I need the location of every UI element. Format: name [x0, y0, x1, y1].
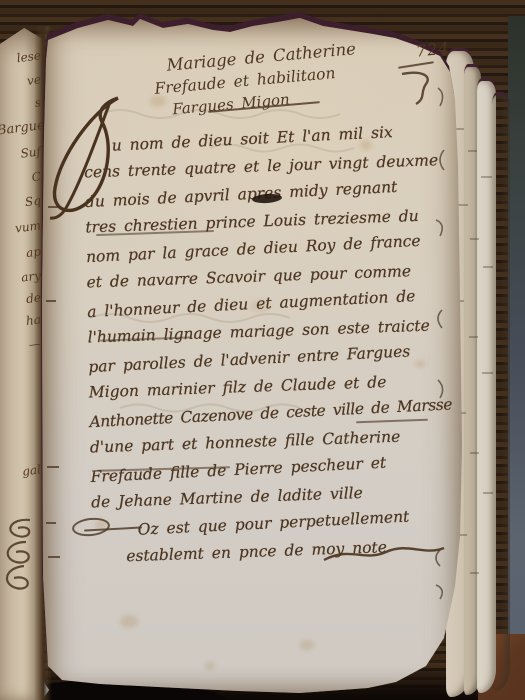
ink-bleed-mark [470, 238, 479, 240]
manuscript-line: cens trente quatre et le jour vingt deux… [84, 151, 456, 181]
margin-dash [46, 300, 56, 302]
manuscript-line: a l'honneur de dieu et augmentation de [87, 286, 459, 321]
ink-bleed-mark [483, 492, 493, 494]
ink-bleed-mark [469, 336, 478, 338]
page-edge-strip [492, 92, 510, 691]
manuscript-line: d'une part et honneste fille Catherine [90, 426, 462, 456]
stray-margin-marks [428, 80, 464, 620]
ink-bleed-mark [468, 150, 477, 152]
manuscript-photo: lese ve s Bargues Suf C Sq vum ap ary de… [0, 0, 525, 700]
foxing-spot [120, 615, 138, 628]
ink-bleed-mark [482, 372, 493, 374]
manuscript-line: Migon marinier filz de Claude et de [89, 371, 461, 401]
manuscript-line: l'humain lignage mariage son este traict… [87, 316, 459, 346]
manuscript-line: et de navarre Scavoir que pour comme [86, 261, 458, 291]
foxing-spot [205, 662, 215, 670]
ink-bleed-mark [483, 266, 493, 268]
manuscript-line: Oz est que pour perpetuellement [91, 506, 463, 541]
manuscript-line: Anthonette Cazenove de ceste ville de Ma… [89, 396, 461, 431]
manuscript-line: de Jehane Martine de ladite ville [91, 481, 463, 511]
margin-dash [47, 466, 59, 468]
slate-card-background [508, 16, 525, 650]
margin-dash [48, 206, 61, 208]
foxing-spot [300, 640, 314, 650]
margin-dash [48, 556, 60, 558]
margin-dash [46, 522, 56, 524]
ink-bleed-mark [470, 572, 479, 574]
ink-bleed-mark [481, 176, 492, 178]
ink-bleed-mark [470, 452, 479, 454]
manuscript-line: par parolles de l'advenir entre Fargues [88, 341, 460, 376]
manuscript-line: nom par la grace de dieu Roy de france [86, 231, 458, 266]
